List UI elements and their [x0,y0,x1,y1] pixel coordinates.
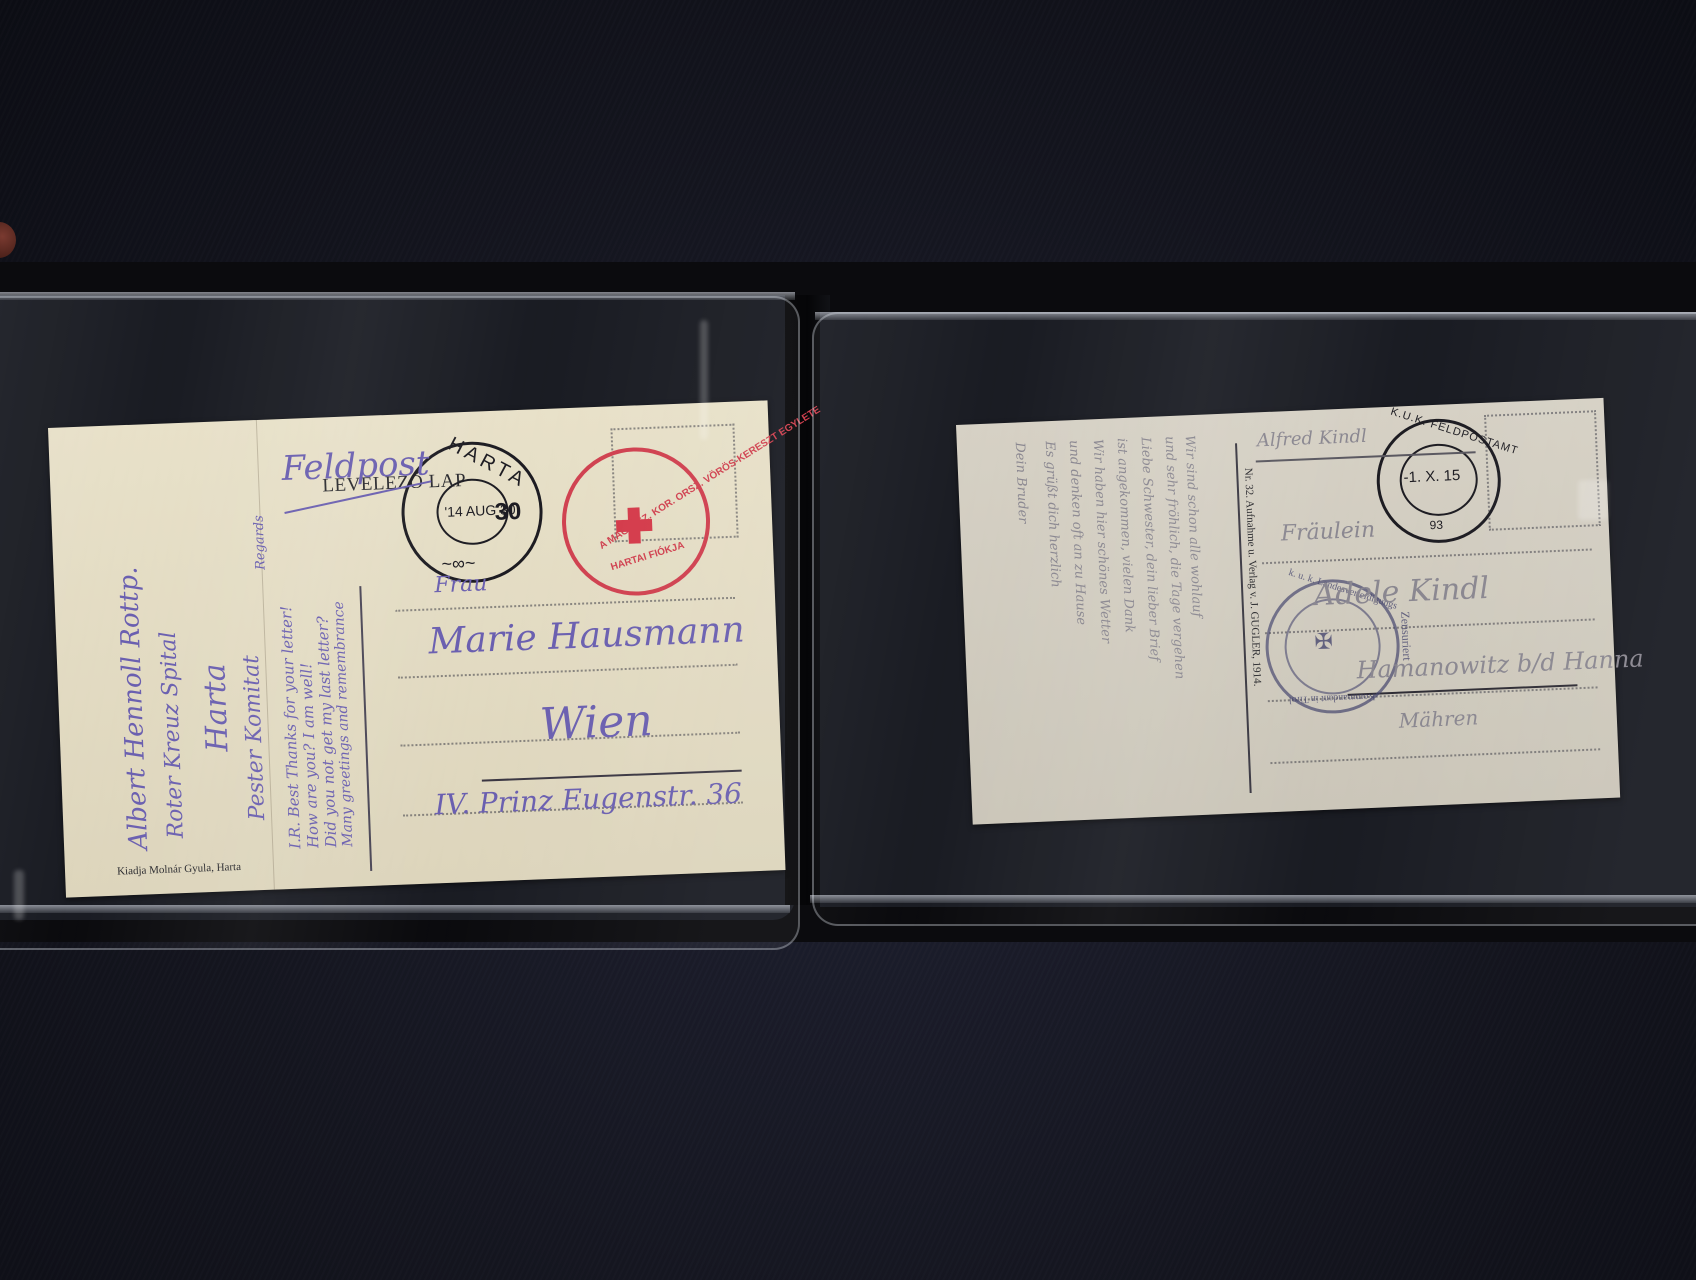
recipient-street: IV. Prinz Eugenstr. 36 [434,777,742,822]
publisher-imprint: Kiadja Molnár Gyula, Harta [117,861,241,878]
message-divider [359,586,372,871]
sleeve-edge [0,292,795,300]
feldpostamt-postmark: K.U.K. FELDPOSTAMT -1. X. 15 93 [1374,416,1503,545]
postmark-day: 30 [494,498,522,527]
message-line-8: Dein Bruder [1012,442,1030,524]
message-line-1: Wir sind schon alle wohlauf [1182,435,1205,618]
message-line-6: und denken oft an zu Hause [1066,440,1089,626]
sender-line-1: Albert Hennoll Rottp. [113,566,154,850]
address-line [1270,748,1600,764]
eagle-emblem-icon: ✠ [1314,628,1334,655]
recipient-title: Frau [434,571,488,598]
sleeve-edge [810,895,1696,903]
recipient-region: Mähren [1398,705,1478,732]
address-line [398,664,738,679]
address-line [1262,548,1592,564]
seal-text-bottom: Kommandant in Tirol [1289,691,1376,706]
sender-line-2: Roter Kreuz Spital [156,631,189,839]
message-line-5: Wir haben hier schönes Wetter [1090,439,1114,644]
sleeve-edge [0,905,790,913]
postcard-left: LEVELEZŐ LAP Kiadja Molnár Gyula, Harta … [48,400,786,897]
recipient-name: Marie Hausmann [428,609,746,662]
message-line-7: Es grüßt dich herzlich [1042,441,1063,588]
recipient-city: Wien [539,695,654,750]
sleeve-edge [815,312,1696,320]
postmark-number: 93 [1429,518,1443,533]
postcard-right: Wir sind schon alle wohlauf und sehr frö… [956,398,1620,825]
recipient-name: Adele Kindl [1313,571,1490,613]
recipient-title: Fräulein [1280,518,1375,547]
message-line-3: Liebe Schwester, dein lieber Brief [1138,437,1162,662]
sender-name: Alfred Kindl [1256,426,1367,452]
sender-line-3: Harta [197,663,235,753]
address-line [395,597,735,612]
margin-note: Regards [252,515,269,570]
message-line-4: ist angekommen, vielen Dank [1114,438,1137,633]
postmark-date: -1. X. 15 [1403,467,1460,486]
handwritten-feldpost: Feldpost [281,443,430,489]
red-cross-stamp-inner-text: HARTAI FIÓKJA [609,540,685,573]
